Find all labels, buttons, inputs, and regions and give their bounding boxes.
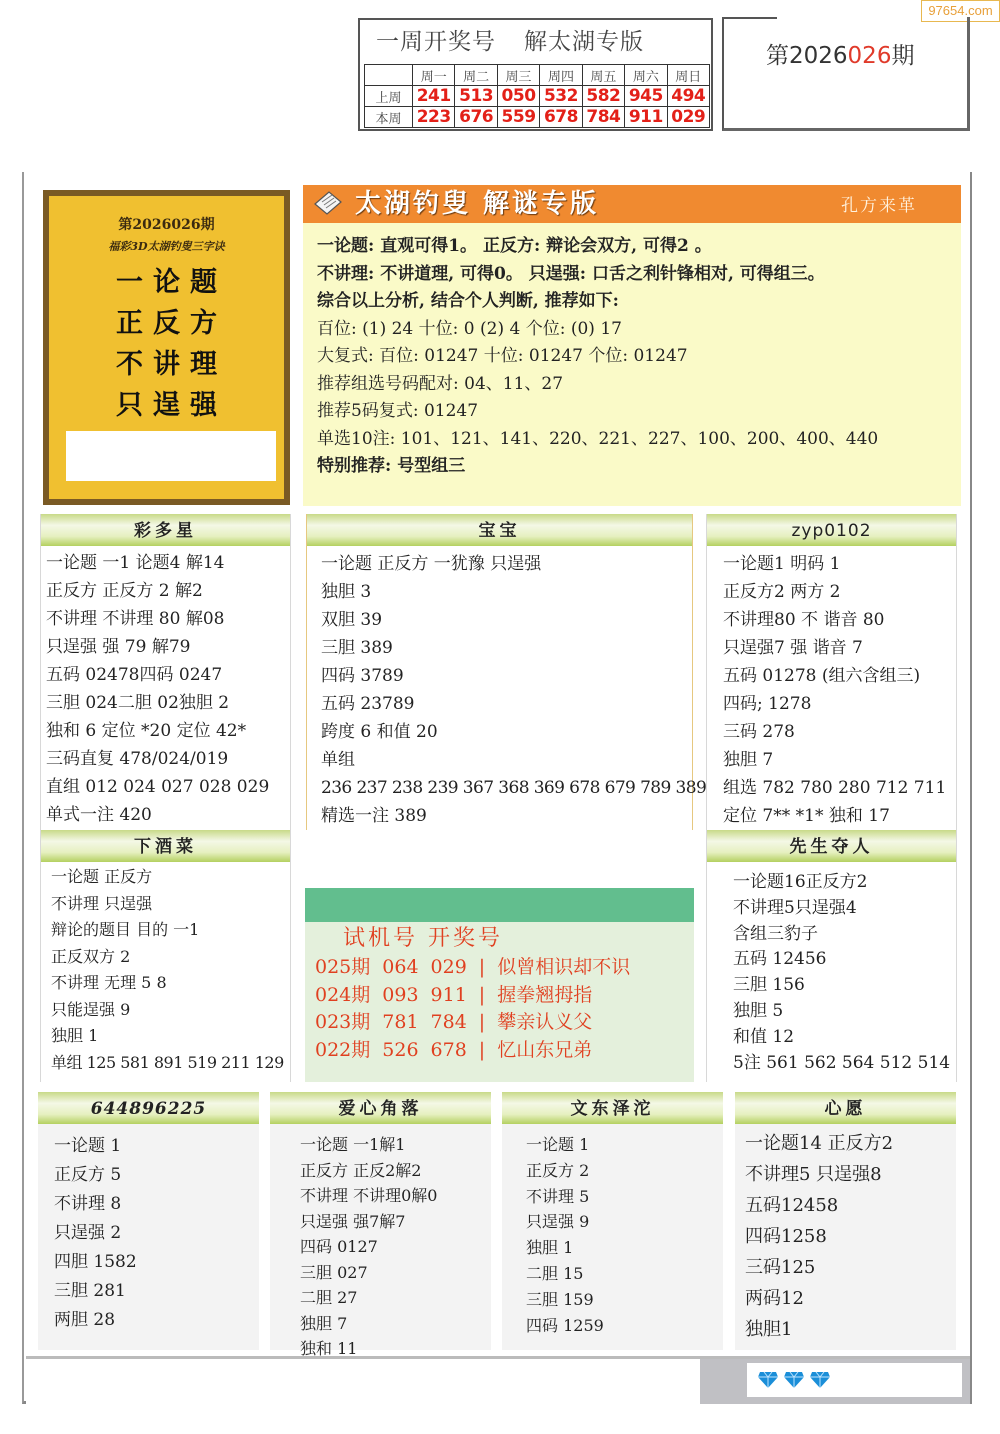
panel-baobao: 宝宝 一论题 正反方 一犹豫 只逞强 独胆 3 双胆 39 三胆 389 四码 … (306, 514, 693, 830)
list-item: 一论题16正反方2 (733, 870, 956, 896)
result-cell: 911 (625, 107, 667, 128)
list-item: 236 237 238 239 367 368 369 678 679 789 … (321, 774, 692, 802)
analysis-line: 百位: (1) 24 十位: 0 (2) 4 个位: (0) 17 (317, 316, 961, 344)
panel-title: 心愿 (735, 1092, 956, 1124)
panel-title: 彩多星 (41, 514, 290, 546)
panel-title: 下酒菜 (41, 830, 290, 862)
diamond-icon (757, 1371, 779, 1389)
list-item: 三码 278 (723, 718, 956, 746)
issue-number-box: 第2026026期 (722, 17, 970, 131)
main-title: 太湖钓叟 解谜专版 (355, 185, 599, 223)
author-name: 孔方来革 (841, 185, 917, 227)
list-item: 三胆 024二胆 02独胆 2 (46, 689, 290, 717)
day-header: 周四 (540, 65, 582, 86)
list-item: 正反双方 2 (51, 944, 290, 971)
result-cell: 676 (455, 107, 497, 128)
list-item: 只逞强 2 (54, 1219, 259, 1248)
list-item: 不讲理 8 (54, 1190, 259, 1219)
issue-number: 第2026026期 (766, 37, 914, 70)
list-item: 单组 125 581 891 519 211 129 (51, 1050, 290, 1077)
day-header: 周二 (455, 65, 497, 86)
list-item: 五码 02478四码 0247 (46, 661, 290, 689)
list-item: 四码1258 (745, 1221, 956, 1252)
list-item: 二胆 15 (526, 1261, 723, 1287)
riddle-subtitle: 福彩3D太湖钓叟三字诀 (49, 238, 284, 254)
list-item: 三胆 156 (733, 973, 956, 999)
main-header: 太湖钓叟 解谜专版 孔方来革 (303, 185, 961, 223)
day-header: 周五 (582, 65, 624, 86)
riddle-line: 正反方 (59, 303, 284, 344)
analysis-line: 单选10注: 101、121、141、220、221、227、100、200、4… (317, 426, 961, 454)
test-number-row: 024期093911|握拳翘拇指 (305, 982, 694, 1010)
diamond-icon (809, 1371, 831, 1389)
list-item: 独胆 5 (733, 999, 956, 1025)
list-item: 独胆 1 (51, 1023, 290, 1050)
list-item: 只逞强7 强 谐音 7 (723, 634, 956, 662)
analysis-line: 不讲理: 不讲道理, 可得0。 只逞强: 口舌之利针锋相对, 可得组三。 (317, 261, 961, 289)
analysis-line: 综合以上分析, 结合个人判断, 推荐如下: (317, 288, 961, 316)
panel-aixinjiaoluo: 爱心角落 一论题 一1解1 正反方 正反2解2 不讲理 不讲理0解0 只逞强 强… (270, 1092, 491, 1350)
table-row: 本周 223 676 559 678 784 911 029 (365, 107, 710, 128)
list-item: 三胆 027 (300, 1260, 491, 1286)
list-item: 辩论的题目 目的 一1 (51, 917, 290, 944)
result-cell: 532 (540, 86, 582, 107)
list-item: 四码; 1278 (723, 690, 956, 718)
list-item: 独胆 7 (723, 746, 956, 774)
rating-box (747, 1363, 962, 1397)
list-item: 定位 7** *1* 独和 17 (723, 802, 956, 830)
panel-title: 644896225 (38, 1092, 259, 1124)
panel-title: 文东泽沱 (502, 1092, 723, 1124)
list-item: 五码 01278 (组六含组三) (723, 662, 956, 690)
day-header: 周一 (413, 65, 455, 86)
riddle-line: 只逞强 (59, 385, 284, 426)
day-header: 周日 (667, 65, 709, 86)
result-cell: 050 (497, 86, 539, 107)
list-item: 三码125 (745, 1252, 956, 1283)
list-item: 三胆 281 (54, 1277, 259, 1306)
list-item: 跨度 6 和值 20 (321, 718, 692, 746)
footer-rating-bg (700, 1359, 970, 1404)
result-cell: 241 (413, 86, 455, 107)
list-item: 正反方2 两方 2 (723, 578, 956, 606)
analysis-line: 特别推荐: 号型组三 (317, 453, 961, 481)
row-label: 上周 (365, 86, 413, 107)
list-item: 只能逞强 9 (51, 997, 290, 1024)
list-item: 正反方 正反方 2 解2 (46, 577, 290, 605)
list-item: 独胆 3 (321, 578, 692, 606)
weekly-table: 周一 周二 周三 周四 周五 周六 周日 上周 241 513 050 532 … (364, 64, 710, 128)
list-item: 三胆 389 (321, 634, 692, 662)
riddle-line: 不讲理 (59, 344, 284, 385)
list-item: 独胆1 (745, 1314, 956, 1345)
list-item: 不讲理 无理 5 8 (51, 970, 290, 997)
result-cell: 582 (582, 86, 624, 107)
list-item: 单组 (321, 746, 692, 774)
panel-title: 宝宝 (307, 514, 692, 546)
panel-wendongzetuo: 文东泽沱 一论题 1 正反方 2 不讲理 5 只逞强 9 独胆 1 二胆 15 … (502, 1092, 723, 1350)
list-item: 单式一注 420 (46, 801, 290, 829)
list-item: 四码 0127 (300, 1234, 491, 1260)
test-number-row: 023期781784|攀亲认义父 (305, 1009, 694, 1037)
book-icon (313, 190, 343, 216)
list-item: 组选 782 780 280 712 711 (723, 774, 956, 802)
weekly-title: 一周开奖号解太湖专版 (360, 20, 711, 62)
result-cell: 223 (413, 107, 455, 128)
analysis-line: 推荐5码复式: 01247 (317, 398, 961, 426)
panel-title: 先生夺人 (707, 830, 956, 862)
list-item: 正反方 2 (526, 1158, 723, 1184)
list-item: 不讲理5 只逞强8 (745, 1159, 956, 1190)
result-cell: 945 (625, 86, 667, 107)
list-item: 一论题 正反方 (51, 864, 290, 891)
list-item: 三码直复 478/024/019 (46, 745, 290, 773)
panel-xinyuan: 心愿 一论题14 正反方2 不讲理5 只逞强8 五码12458 四码1258 三… (735, 1092, 956, 1350)
list-item: 正反方 正反2解2 (300, 1158, 491, 1184)
list-item: 一论题 一1 论题4 解14 (46, 549, 290, 577)
list-item: 直组 012 024 027 028 029 (46, 773, 290, 801)
list-item: 二胆 27 (300, 1285, 491, 1311)
day-header: 周六 (625, 65, 667, 86)
list-item: 独和 6 定位 *20 定位 42* (46, 717, 290, 745)
panel-zyp0102: zyp0102 一论题1 明码 1 正反方2 两方 2 不讲理80 不 谐音 8… (706, 514, 957, 830)
diamond-icon (783, 1371, 805, 1389)
list-item: 一论题1 明码 1 (723, 550, 956, 578)
panel-title: 爱心角落 (270, 1092, 491, 1124)
analysis-line: 大复式: 百位: 01247 十位: 01247 个位: 01247 (317, 343, 961, 371)
list-item: 5注 561 562 564 512 514 (733, 1051, 956, 1077)
list-item: 一论题 正反方 一犹豫 只逞强 (321, 550, 692, 578)
weekly-results-box: 一周开奖号解太湖专版 周一 周二 周三 周四 周五 周六 周日 上周 241 5… (358, 18, 713, 131)
list-item: 一论题 1 (526, 1132, 723, 1158)
list-item: 一论题14 正反方2 (745, 1128, 956, 1159)
list-item: 一论题 一1解1 (300, 1132, 491, 1158)
result-cell: 678 (540, 107, 582, 128)
test-number-row: 025期064029|似曾相识却不识 (305, 954, 694, 982)
main-analysis: 一论题: 直观可得1。 正反方: 辩论会双方, 可得2 。 不讲理: 不讲道理,… (303, 223, 961, 506)
list-item: 三胆 159 (526, 1287, 723, 1313)
list-item: 不讲理 不讲理0解0 (300, 1183, 491, 1209)
analysis-line: 一论题: 直观可得1。 正反方: 辩论会双方, 可得2 。 (317, 233, 961, 261)
list-item: 五码12458 (745, 1190, 956, 1221)
result-cell: 029 (667, 107, 709, 128)
footer-bar (26, 1356, 970, 1404)
list-item: 不讲理 只逞强 (51, 891, 290, 918)
list-item: 只逞强 强7解7 (300, 1209, 491, 1235)
list-item: 两码12 (745, 1283, 956, 1314)
list-item: 一论题 1 (54, 1132, 259, 1161)
riddle-issue: 第2026026期 (49, 214, 284, 234)
list-item: 含组三豹子 (733, 922, 956, 948)
list-item: 四码 1259 (526, 1313, 723, 1339)
result-cell: 494 (667, 86, 709, 107)
test-number-title: 试机号 开奖号 (305, 924, 694, 954)
weekly-title-right: 解太湖专版 (524, 29, 644, 55)
list-item: 只逞强 9 (526, 1209, 723, 1235)
list-item: 独胆 7 (300, 1311, 491, 1337)
weekly-title-left: 一周开奖号 (376, 29, 496, 55)
day-header: 周三 (497, 65, 539, 86)
list-item: 四码 3789 (321, 662, 692, 690)
riddle-line: 一论题 (59, 262, 284, 303)
panel-title: zyp0102 (707, 514, 956, 546)
list-item: 两胆 28 (54, 1306, 259, 1335)
row-label: 本周 (365, 107, 413, 128)
list-item: 正反方 5 (54, 1161, 259, 1190)
list-item: 双胆 39 (321, 606, 692, 634)
list-item: 和值 12 (733, 1025, 956, 1051)
analysis-line: 推荐组选号码配对: 04、11、27 (317, 371, 961, 399)
riddle-card: 第2026026期 福彩3D太湖钓叟三字诀 一论题 正反方 不讲理 只逞强 (43, 190, 290, 505)
panel-644896225: 644896225 一论题 1 正反方 5 不讲理 8 只逞强 2 四胆 158… (38, 1092, 259, 1350)
result-cell: 513 (455, 86, 497, 107)
test-number-box: 试机号 开奖号 025期064029|似曾相识却不识 024期093911|握拳… (305, 888, 694, 1082)
list-item: 精选一注 389 (321, 802, 692, 830)
test-number-header (305, 888, 694, 922)
panel-caiduoxing: 彩多星 一论题 一1 论题4 解14 正反方 正反方 2 解2 不讲理 不讲理 … (40, 514, 291, 830)
table-row: 上周 241 513 050 532 582 945 494 (365, 86, 710, 107)
list-item: 四胆 1582 (54, 1248, 259, 1277)
list-item: 五码 23789 (321, 690, 692, 718)
blank-area (66, 431, 276, 481)
list-item: 独胆 1 (526, 1235, 723, 1261)
weekly-header-row: 周一 周二 周三 周四 周五 周六 周日 (365, 65, 710, 86)
list-item: 五码 12456 (733, 947, 956, 973)
panel-xiajiucai: 下酒菜 一论题 正反方 不讲理 只逞强 辩论的题目 目的 一1 正反双方 2 不… (40, 830, 291, 1082)
result-cell: 784 (582, 107, 624, 128)
list-item: 不讲理5只逞强4 (733, 896, 956, 922)
result-cell: 559 (497, 107, 539, 128)
list-item: 只逞强 强 79 解79 (46, 633, 290, 661)
panel-xianshengduoren: 先生夺人 一论题16正反方2 不讲理5只逞强4 含组三豹子 五码 12456 三… (706, 830, 957, 1082)
test-number-row: 022期526678|忆山东兄弟 (305, 1037, 694, 1065)
list-item: 不讲理 5 (526, 1184, 723, 1210)
list-item: 不讲理 不讲理 80 解08 (46, 605, 290, 633)
list-item: 不讲理80 不 谐音 80 (723, 606, 956, 634)
